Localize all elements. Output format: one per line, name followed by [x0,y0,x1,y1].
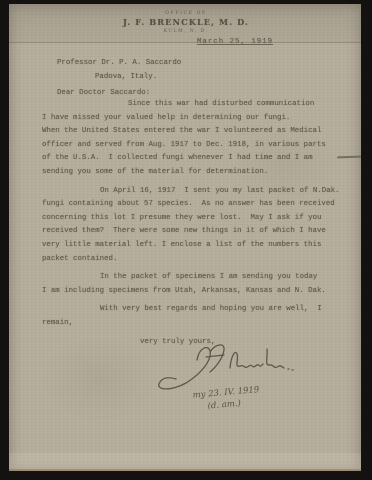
letter-body-line: I have missed your valued help in determ… [42,112,344,126]
letter-body-line: received them? There were some new thing… [42,225,344,239]
letter-date: March 25, 1919 [197,36,273,50]
recipient-address: Padova, Italy. [95,71,157,85]
letterhead: OFFICE OF J. F. BRENCKLE, M. D. KULM, N.… [0,11,372,34]
letter-body-line: On April 16, 1917 I sent you my last pac… [42,185,344,199]
letter-body-line: With very best regards and hoping you ar… [42,303,344,317]
letterhead-location: KULM, N. D. [0,29,372,34]
letter-body-line: very little material left. I enclose a l… [42,239,344,253]
letter-body-line: sending you some of the material for det… [42,166,344,180]
letter-body: Since this war had disturbed communicati… [42,98,344,331]
scanned-letter-page: OFFICE OF J. F. BRENCKLE, M. D. KULM, N.… [0,0,372,480]
letter-body-line: remain, [42,317,344,331]
letter-body-line: Since this war had disturbed communicati… [42,98,344,112]
letterhead-office-line: OFFICE OF [0,11,372,16]
paper-bottom-edge [9,453,361,471]
letterhead-name: J. F. BRENCKLE, M. D. [0,17,372,27]
recipient-name: Professor Dr. P. A. Saccardo [57,57,181,71]
letter-body-line: officer and served from Aug. 1917 to Dec… [42,139,344,153]
letter-body-line: In the packet of specimens I am sending … [42,271,344,285]
letter-body-line: When the United States entered the war I… [42,125,344,139]
letter-body-line: of the U.S.A. I collected fungi whenever… [42,152,344,166]
letter-body-line: I am including specimens from Utah, Arka… [42,285,344,299]
letter-body-line: fungi containing about 57 species. As no… [42,198,344,212]
letter-body-line: concerning this lot I presume they were … [42,212,344,226]
letter-body-line: packet contained. [42,253,344,267]
